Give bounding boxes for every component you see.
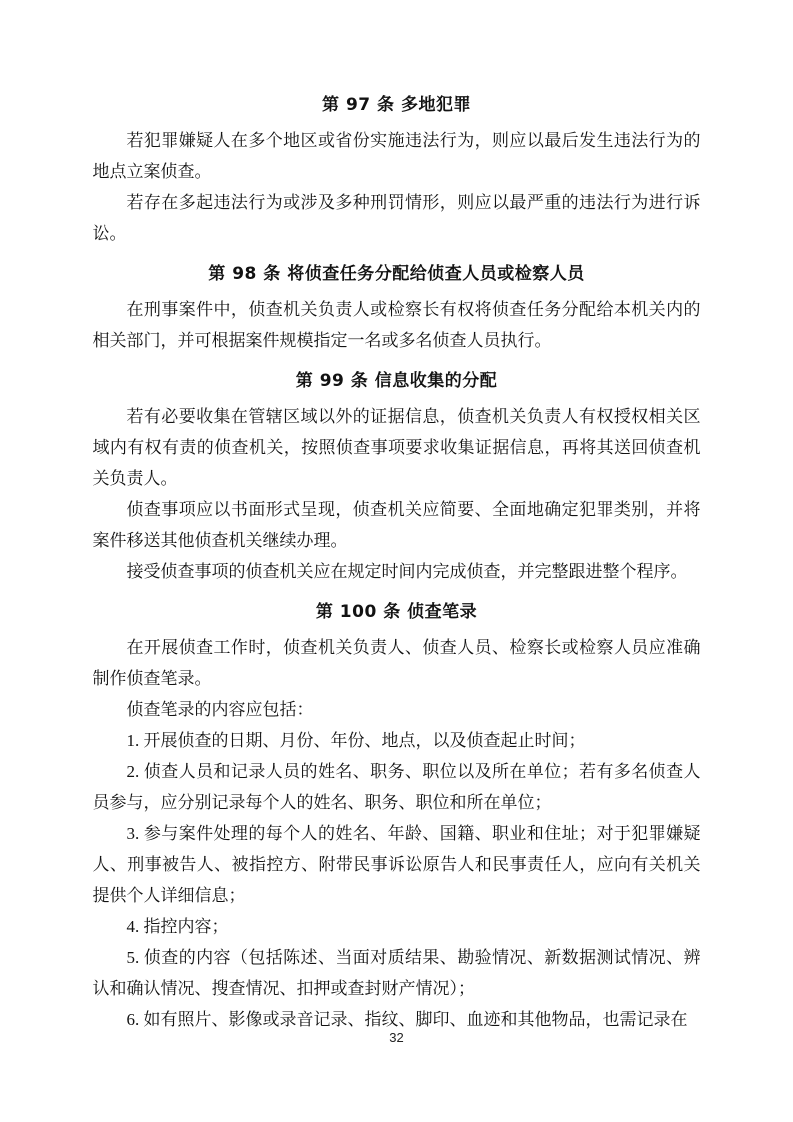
article-98-paragraph: 在刑事案件中，侦查机关负责人或检察长有权将侦查任务分配给本机关内的相关部门，并可… — [93, 294, 701, 356]
article-100-list-item-3: 3. 参与案件处理的每个人的姓名、年龄、国籍、职业和住址；对于犯罪嫌疑人、刑事被… — [93, 818, 701, 911]
article-100-list-item-4: 4. 指控内容； — [93, 911, 701, 942]
article-100-heading: 第 100 条 侦查笔录 — [93, 597, 701, 628]
article-100-paragraph: 侦查笔录的内容应包括： — [93, 694, 701, 725]
article-100-paragraph: 在开展侦查工作时，侦查机关负责人、侦查人员、检察长或检察人员应准确制作侦查笔录。 — [93, 632, 701, 694]
article-100-list-item-1: 1. 开展侦查的日期、月份、年份、地点，以及侦查起止时间； — [93, 725, 701, 756]
article-100-list-item-5: 5. 侦查的内容（包括陈述、当面对质结果、勘验情况、新数据测试情况、辨认和确认情… — [93, 942, 701, 1004]
article-99-paragraph: 接受侦查事项的侦查机关应在规定时间内完成侦查，并完整跟进整个程序。 — [93, 556, 701, 587]
document-content: 第 97 条 多地犯罪 若犯罪嫌疑人在多个地区或省份实施违法行为，则应以最后发生… — [93, 0, 701, 1035]
article-97-paragraph: 若犯罪嫌疑人在多个地区或省份实施违法行为，则应以最后发生违法行为的地点立案侦查。 — [93, 125, 701, 187]
article-99-paragraph: 若有必要收集在管辖区域以外的证据信息，侦查机关负责人有权授权相关区域内有权有责的… — [93, 401, 701, 494]
page-number: 32 — [0, 1030, 793, 1045]
article-97-heading: 第 97 条 多地犯罪 — [93, 90, 701, 121]
article-97-paragraph: 若存在多起违法行为或涉及多种刑罚情形，则应以最严重的违法行为进行诉讼。 — [93, 187, 701, 249]
article-99-heading: 第 99 条 信息收集的分配 — [93, 366, 701, 397]
document-page: 第 97 条 多地犯罪 若犯罪嫌疑人在多个地区或省份实施违法行为，则应以最后发生… — [0, 0, 793, 1122]
article-99-paragraph: 侦查事项应以书面形式呈现，侦查机关应简要、全面地确定犯罪类别，并将案件移送其他侦… — [93, 494, 701, 556]
article-100-list-item-2: 2. 侦查人员和记录人员的姓名、职务、职位以及所在单位；若有多名侦查人员参与，应… — [93, 756, 701, 818]
article-98-heading: 第 98 条 将侦查任务分配给侦查人员或检察人员 — [93, 259, 701, 290]
